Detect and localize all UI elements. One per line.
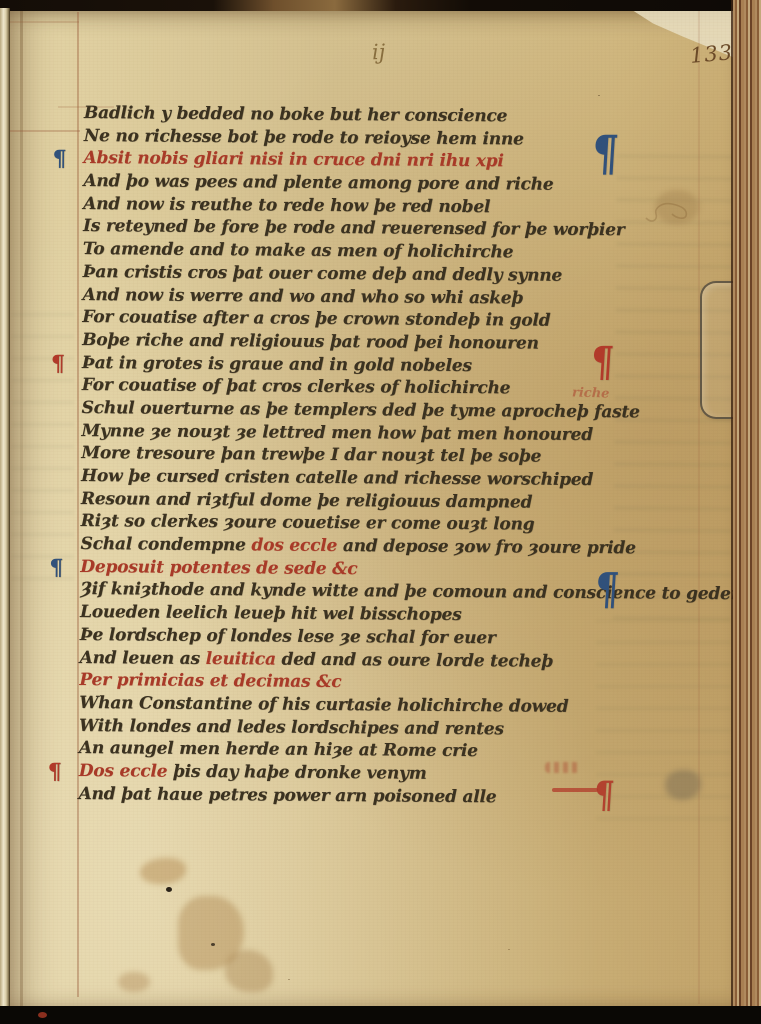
line-text: To amende and to make as men of holichir… (83, 239, 514, 262)
blue-paraph-icon: ¶ (49, 556, 63, 579)
line-text: And þat haue petres power arn poisoned a… (78, 784, 496, 807)
red-paraph-icon: ¶ (593, 777, 616, 814)
line-text: Is reteyned be fore þe rode and reuerens… (83, 216, 625, 240)
blue-paraph-icon: ¶ (52, 148, 66, 171)
line-text: Mynne ȝe nouȝt ȝe lettred men how þat me… (81, 421, 593, 445)
binding-bottom-edge (0, 1006, 761, 1024)
line-text: Resoun and riȝtful dome þe religiouus da… (81, 489, 532, 513)
line-text: For couatise after a cros þe crown stond… (82, 307, 550, 331)
line-text: Boþe riche and religiouus þat rood þei h… (82, 330, 539, 354)
ruling-line-horizontal-top (0, 21, 79, 23)
red-paraph-stroke (552, 788, 598, 792)
manuscript-photo: ij 133 Badlich y bedded no boke but her … (0, 0, 761, 1024)
line-text: And now is reuthe to rede how þe red nob… (83, 194, 490, 217)
rubric-text: dos eccle (251, 535, 337, 556)
rubric-text: Per primicias et decimas &c (79, 670, 341, 692)
binding-top-edge (0, 0, 761, 11)
stain (118, 972, 150, 992)
line-text: With londes and ledes lordschipes and re… (79, 716, 504, 739)
faded-gloss-smudge (545, 762, 579, 773)
red-paraph-icon: ¶ (51, 352, 65, 375)
line-text: and depose ȝow fro ȝoure pride (337, 536, 636, 558)
red-paraph-icon: ¶ (48, 761, 62, 784)
line-text: Þe lordschep of londes lese ȝe schal for… (80, 625, 496, 648)
stain (225, 950, 273, 992)
red-paraph-icon: ¶ (590, 341, 615, 382)
line-text: Riȝt so clerkes ȝoure couetise er come o… (81, 511, 535, 535)
line-text: Schal condempne (80, 534, 251, 555)
marginal-gloss: riche (572, 385, 610, 401)
line-text: þis day haþe dronke venym (167, 762, 426, 784)
line-text: Þat in grotes is graue and in gold nobel… (82, 353, 472, 376)
ink-speck (166, 887, 172, 892)
rubric-text: leuitica (206, 648, 276, 669)
line-text: And þo was pees and plente among pore an… (83, 171, 553, 195)
quire-mark: ij (372, 40, 386, 64)
line-text: ded and as oure lorde techeþ (276, 649, 553, 671)
fore-edge-pages (733, 0, 761, 1010)
line-text: Badlich y bedded no boke but her conscie… (84, 103, 507, 126)
line-text: An aungel men herde an hiȝe at Rome crie (79, 738, 478, 761)
line-text: Ȝif kniȝthode and kynde witte and þe com… (80, 579, 750, 604)
gutter-page-edges (0, 8, 10, 1010)
gutter-crease (20, 10, 23, 1007)
line-text: Þan cristis cros þat ouer come deþ and d… (83, 262, 563, 286)
blue-paraph-icon: ¶ (594, 567, 621, 611)
line-text: And now is werre and wo and who so whi a… (82, 284, 523, 307)
blue-paraph-icon: ¶ (591, 130, 621, 178)
ruling-line-horizontal-mid (0, 130, 80, 132)
rubric-text: Deposuit potentes de sede &c (80, 557, 357, 579)
folio-number: 133 (689, 40, 734, 68)
stain (655, 190, 699, 224)
line-text: Ne no richesse bot þe rode to reioyse he… (84, 126, 524, 149)
ruling-line-vertical-left (77, 12, 79, 997)
line-text: Schul ouerturne as þe templers ded þe ty… (82, 398, 640, 422)
line-text: And leuen as (80, 647, 206, 668)
rubric-text: Absit nobis gliari nisi in cruce dni nri… (83, 148, 503, 171)
line-text: For couatise of þat cros clerkes of holi… (82, 375, 511, 398)
binding-red-speck (38, 1012, 47, 1018)
rubric-text: Dos eccle (79, 761, 168, 782)
line-text: Loueden leelich leueþ hit wel bisschopes (80, 602, 462, 625)
line-text: Whan Constantine of his curtasie holichi… (79, 693, 568, 717)
line-text: How þe cursed cristen catelle and riches… (81, 466, 593, 490)
line-text: More tresoure þan trewþe I dar nouȝt tel… (81, 443, 541, 467)
